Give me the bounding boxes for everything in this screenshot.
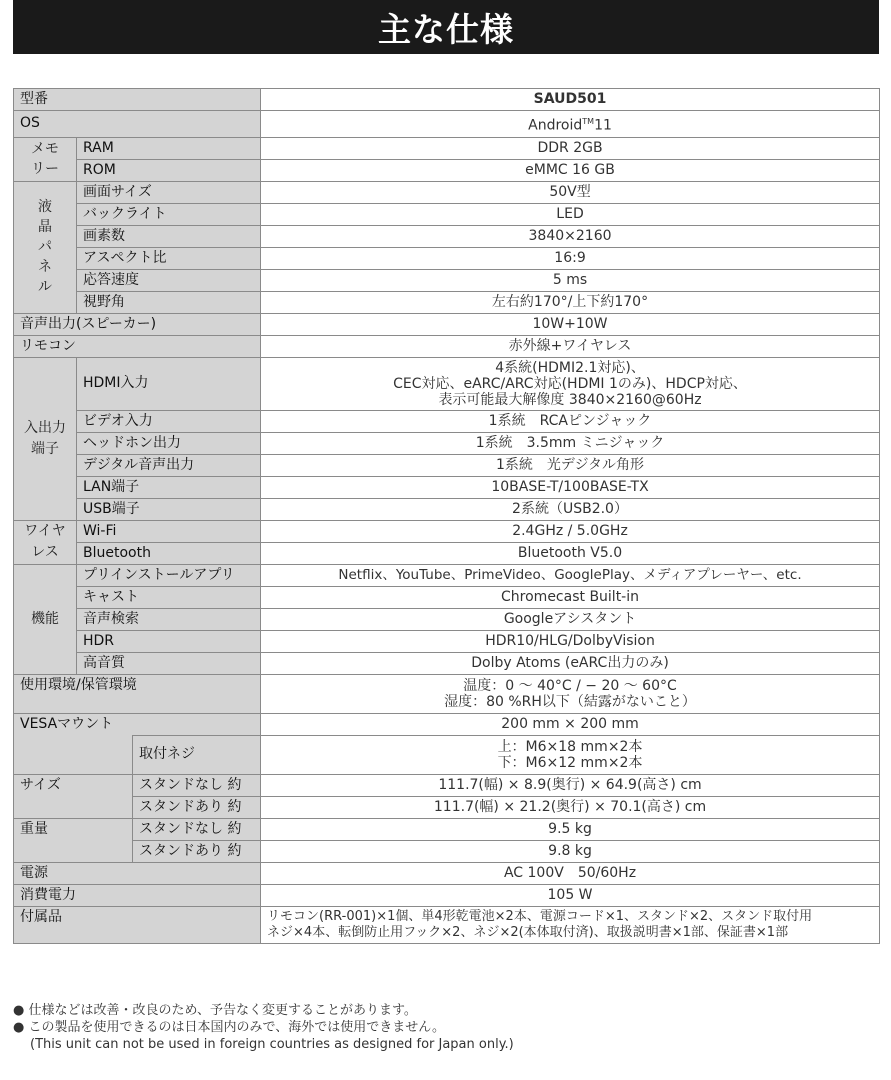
table-row-panel: アスペクト比 16:9 <box>14 247 880 269</box>
table-row-panel: 応答速度 5 ms <box>14 269 880 291</box>
table-row-os: OS AndroidTM11 <box>14 111 880 138</box>
table-row-rom: ROM eMMC 16 GB <box>14 159 880 181</box>
table-row-feature: 機能 プリインストールアプリ Netflix、YouTube、PrimeVide… <box>14 564 880 586</box>
label-feature-item: 高音質 <box>77 652 261 674</box>
table-row-ram: メモリー RAM DDR 2GB <box>14 137 880 159</box>
table-row-vesa: VESAマウント 200 mm × 200 mm <box>14 713 880 735</box>
value-io-item: 1系統 3.5mm ミニジャック <box>261 432 880 454</box>
table-row-panel: バックライト LED <box>14 203 880 225</box>
label-io-item: ビデオ入力 <box>77 410 261 432</box>
label-feature-item: キャスト <box>77 586 261 608</box>
table-row-io: デジタル音声出力 1系統 光デジタル角形 <box>14 454 880 476</box>
table-row-consumption: 消費電力 105 W <box>14 884 880 906</box>
value-weight-stand: 9.8 kg <box>261 840 880 862</box>
label-size-no-stand: スタンドなし 約 <box>133 774 261 796</box>
table-row-weight: 重量 スタンドなし 約 9.5 kg <box>14 818 880 840</box>
label-panel-item: アスペクト比 <box>77 247 261 269</box>
group-io: 入出力 端子 <box>14 357 77 520</box>
label-accessories: 付属品 <box>14 906 261 943</box>
table-row-wireless: Bluetooth Bluetooth V5.0 <box>14 542 880 564</box>
spec-table: 型番 SAUD501 OS AndroidTM11 メモリー RAM DDR 2… <box>13 88 880 944</box>
table-row-io: LAN端子 10BASE-T/100BASE-TX <box>14 476 880 498</box>
table-row-remote: リモコン 赤外線+ワイヤレス <box>14 335 880 357</box>
label-power: 電源 <box>14 862 261 884</box>
footnote-english: (This unit can not be used in foreign co… <box>13 1036 514 1053</box>
table-row-wireless: ワイヤ レス Wi-Fi 2.4GHz / 5.0GHz <box>14 520 880 542</box>
value-panel-item: 50V型 <box>261 181 880 203</box>
value-hdmi: 4系統(HDMI2.1対応)、 CEC対応、eARC/ARC対応(HDMI 1の… <box>261 357 880 410</box>
table-row-io: USB端子 2系統（USB2.0） <box>14 498 880 520</box>
value-size-stand: 111.7(幅) × 21.2(奥行) × 70.1(高さ) cm <box>261 796 880 818</box>
value-vesa: 200 mm × 200 mm <box>261 713 880 735</box>
bullet-icon: ● <box>13 1003 24 1018</box>
table-row-feature: キャスト Chromecast Built-in <box>14 586 880 608</box>
label-io-item: LAN端子 <box>77 476 261 498</box>
label-weight-stand: スタンドあり 約 <box>133 840 261 862</box>
table-row-audio: 音声出力(スピーカー) 10W+10W <box>14 313 880 335</box>
label-feature-item: プリインストールアプリ <box>77 564 261 586</box>
table-row-size: サイズ スタンドなし 約 111.7(幅) × 8.9(奥行) × 64.9(高… <box>14 774 880 796</box>
group-features: 機能 <box>14 564 77 674</box>
bullet-icon: ● <box>13 1020 24 1035</box>
label-remote: リモコン <box>14 335 261 357</box>
value-io-item: 1系統 RCAピンジャック <box>261 410 880 432</box>
value-feature-item: HDR10/HLG/DolbyVision <box>261 630 880 652</box>
label-panel-item: 画面サイズ <box>77 181 261 203</box>
label-feature-item: 音声検索 <box>77 608 261 630</box>
table-row-power: 電源 AC 100V 50/60Hz <box>14 862 880 884</box>
label-hdmi: HDMI入力 <box>77 357 261 410</box>
label-consumption: 消費電力 <box>14 884 261 906</box>
label-panel-item: 応答速度 <box>77 269 261 291</box>
label-audio: 音声出力(スピーカー) <box>14 313 261 335</box>
table-row-environment: 使用環境/保管環境 温度：0 ～ 40°C / − 20 ～ 60°C 湿度：8… <box>14 674 880 713</box>
value-io-item: 10BASE-T/100BASE-TX <box>261 476 880 498</box>
group-panel: 液晶パネル <box>14 181 77 313</box>
label-feature-item: HDR <box>77 630 261 652</box>
value-panel-item: 16:9 <box>261 247 880 269</box>
table-row-panel: 液晶パネル 画面サイズ 50V型 <box>14 181 880 203</box>
value-wireless-item: Bluetooth V5.0 <box>261 542 880 564</box>
group-wireless: ワイヤ レス <box>14 520 77 564</box>
table-row-hdmi: 入出力 端子 HDMI入力 4系統(HDMI2.1対応)、 CEC対応、eARC… <box>14 357 880 410</box>
label-wireless-item: Bluetooth <box>77 542 261 564</box>
value-accessories: リモコン(RR-001)×1個、単4形乾電池×2本、電源コード×1、スタンド×2… <box>261 906 880 943</box>
table-row-feature: 音声検索 Googleアシスタント <box>14 608 880 630</box>
label-model: 型番 <box>14 89 261 111</box>
value-rom: eMMC 16 GB <box>261 159 880 181</box>
group-memory: メモリー <box>14 137 77 181</box>
label-io-item: デジタル音声出力 <box>77 454 261 476</box>
value-audio: 10W+10W <box>261 313 880 335</box>
page-title: 主な仕様 <box>378 4 514 51</box>
footnote: ● この製品を使用できるのは日本国内のみで、海外では使用できません。 <box>13 1019 514 1036</box>
value-panel-item: 左右約170°/上下約170° <box>261 291 880 313</box>
footnotes: ● 仕様などは改善・改良のため、予告なく変更することがあります。 ● この製品を… <box>13 1002 514 1053</box>
value-os: AndroidTM11 <box>261 111 880 138</box>
value-remote: 赤外線+ワイヤレス <box>261 335 880 357</box>
value-feature-item: Netflix、YouTube、PrimeVideo、GooglePlay、メデ… <box>261 564 880 586</box>
title-banner: 主な仕様 <box>13 0 879 54</box>
table-row-size: スタンドあり 約 111.7(幅) × 21.2(奥行) × 70.1(高さ) … <box>14 796 880 818</box>
table-row-io: ヘッドホン出力 1系統 3.5mm ミニジャック <box>14 432 880 454</box>
value-panel-item: 3840×2160 <box>261 225 880 247</box>
label-environment: 使用環境/保管環境 <box>14 674 261 713</box>
value-panel-item: LED <box>261 203 880 225</box>
label-io-item: ヘッドホン出力 <box>77 432 261 454</box>
value-io-item: 2系統（USB2.0） <box>261 498 880 520</box>
label-vesa: VESAマウント <box>14 713 261 735</box>
table-row-accessories: 付属品 リモコン(RR-001)×1個、単4形乾電池×2本、電源コード×1、スタ… <box>14 906 880 943</box>
value-vesa-screw: 上：M6×18 mm×2本 下：M6×12 mm×2本 <box>261 735 880 774</box>
value-size-no-stand: 111.7(幅) × 8.9(奥行) × 64.9(高さ) cm <box>261 774 880 796</box>
label-weight-no-stand: スタンドなし 約 <box>133 818 261 840</box>
value-io-item: 1系統 光デジタル角形 <box>261 454 880 476</box>
value-power: AC 100V 50/60Hz <box>261 862 880 884</box>
label-os: OS <box>14 111 261 138</box>
value-ram: DDR 2GB <box>261 137 880 159</box>
label-panel-item: 視野角 <box>77 291 261 313</box>
label-io-item: USB端子 <box>77 498 261 520</box>
value-consumption: 105 W <box>261 884 880 906</box>
table-row-model: 型番 SAUD501 <box>14 89 880 111</box>
value-feature-item: Dolby Atoms (eARC出力のみ) <box>261 652 880 674</box>
value-weight-no-stand: 9.5 kg <box>261 818 880 840</box>
table-row-feature: HDR HDR10/HLG/DolbyVision <box>14 630 880 652</box>
value-model: SAUD501 <box>261 89 880 111</box>
label-wireless-item: Wi-Fi <box>77 520 261 542</box>
value-feature-item: Chromecast Built-in <box>261 586 880 608</box>
label-panel-item: 画素数 <box>77 225 261 247</box>
value-environment: 温度：0 ～ 40°C / − 20 ～ 60°C 湿度：80 %RH以下（結露… <box>261 674 880 713</box>
value-panel-item: 5 ms <box>261 269 880 291</box>
table-row-io: ビデオ入力 1系統 RCAピンジャック <box>14 410 880 432</box>
label-weight: 重量 <box>14 818 133 862</box>
value-wireless-item: 2.4GHz / 5.0GHz <box>261 520 880 542</box>
footnote: ● 仕様などは改善・改良のため、予告なく変更することがあります。 <box>13 1002 514 1019</box>
label-rom: ROM <box>77 159 261 181</box>
value-feature-item: Googleアシスタント <box>261 608 880 630</box>
table-row-panel: 視野角 左右約170°/上下約170° <box>14 291 880 313</box>
table-row-panel: 画素数 3840×2160 <box>14 225 880 247</box>
table-row-vesa-screw: 取付ネジ 上：M6×18 mm×2本 下：M6×12 mm×2本 <box>14 735 880 774</box>
label-panel-item: バックライト <box>77 203 261 225</box>
table-row-feature: 高音質 Dolby Atoms (eARC出力のみ) <box>14 652 880 674</box>
label-vesa-screw: 取付ネジ <box>133 735 261 774</box>
label-ram: RAM <box>77 137 261 159</box>
table-row-weight: スタンドあり 約 9.8 kg <box>14 840 880 862</box>
label-size: サイズ <box>14 774 133 818</box>
label-size-stand: スタンドあり 約 <box>133 796 261 818</box>
